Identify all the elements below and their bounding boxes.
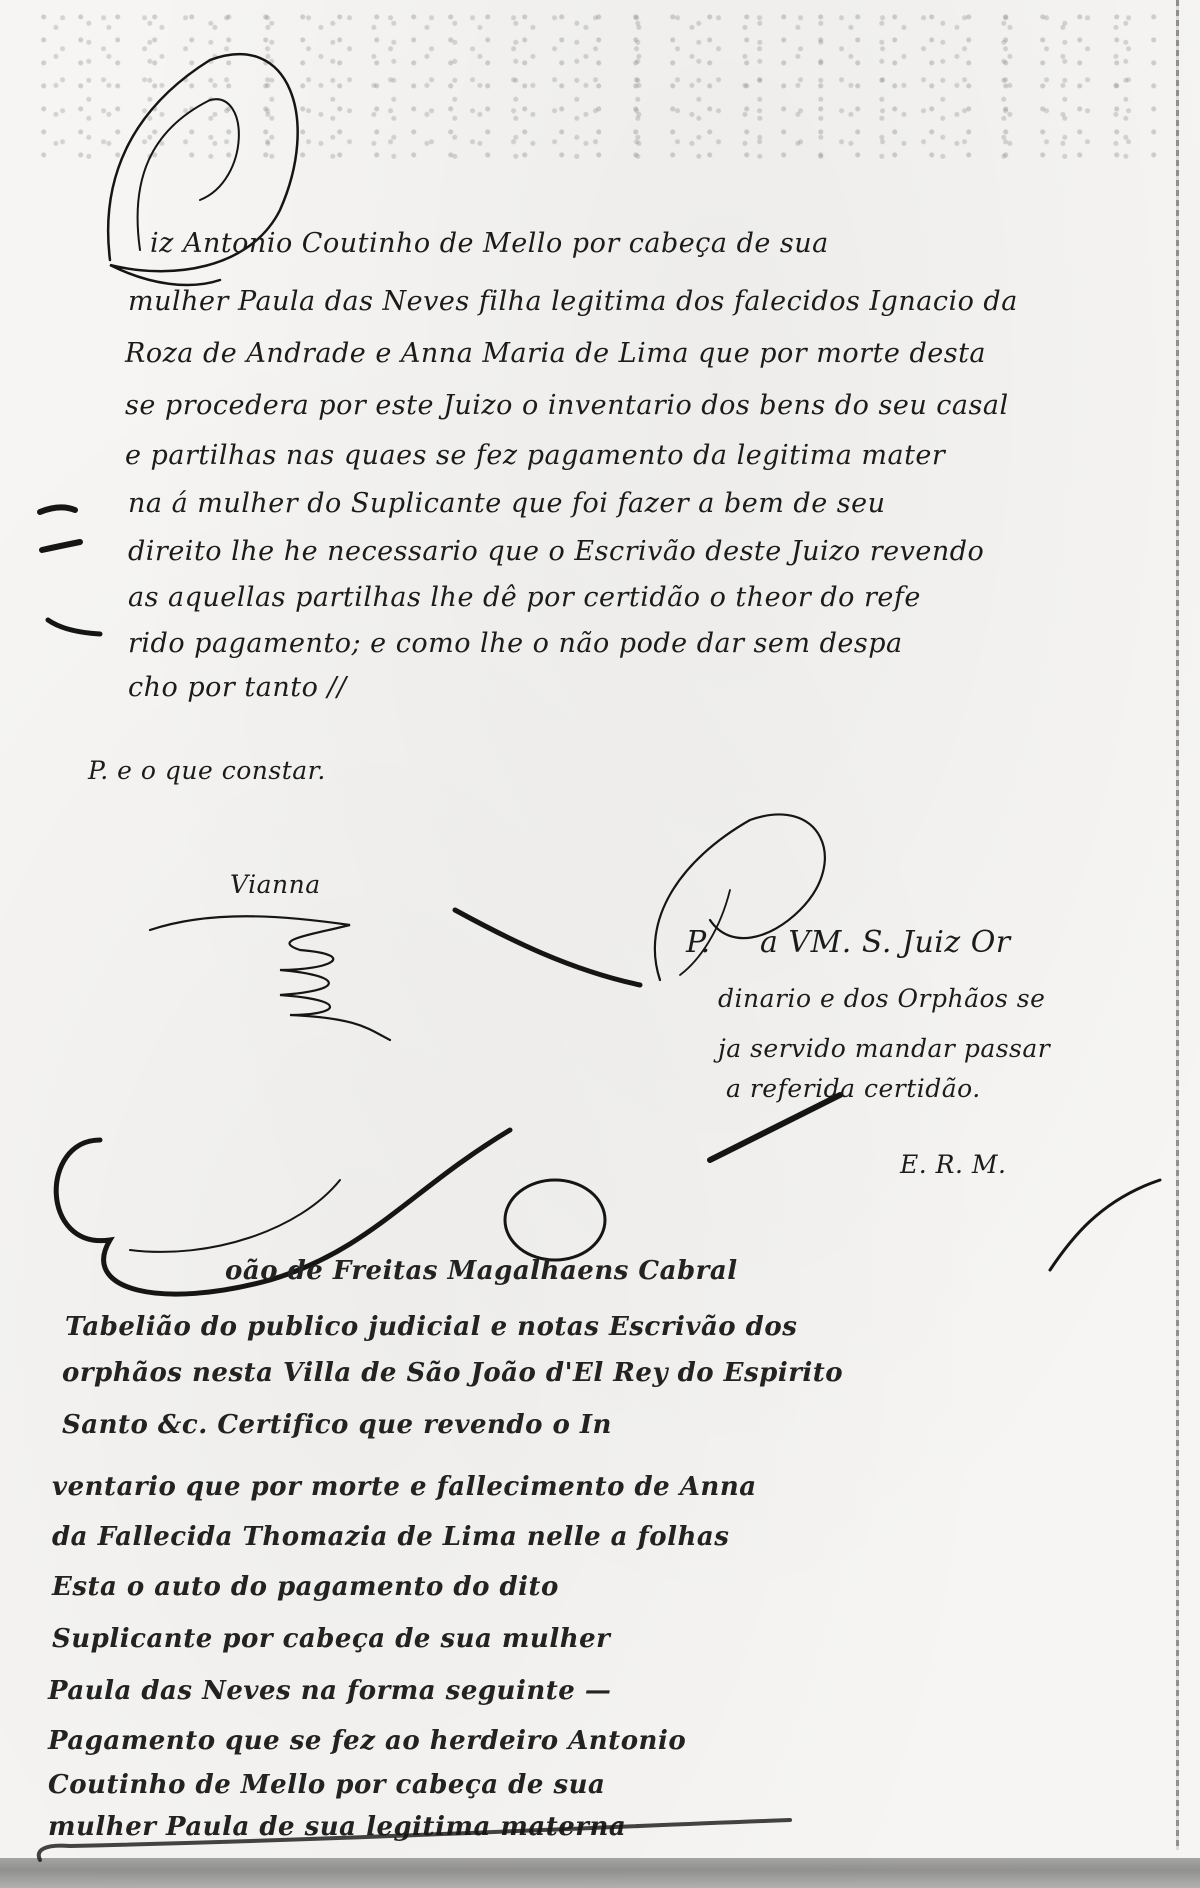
certificate-line: Paula das Neves na forma seguinte — <box>48 1676 611 1706</box>
certificate-line: orphãos nesta Villa de São João d'El Rey… <box>62 1358 843 1388</box>
petition-line: rido pagamento; e como lhe o não pode da… <box>128 628 903 659</box>
petition-line: iz Antonio Coutinho de Mello por cabeça … <box>150 228 829 259</box>
signature-flourish <box>130 900 410 1040</box>
certificate-swash-initial <box>40 1120 600 1320</box>
certificate-line: Suplicante por cabeça de sua mulher <box>52 1624 610 1654</box>
request-line: a VM. S. Juiz Or <box>760 925 1011 960</box>
request-rule <box>700 1090 850 1170</box>
petition-line: Roza de Andrade e Anna Maria de Lima que… <box>125 338 986 369</box>
petition-line: e partilhas nas quaes se fez pagamento d… <box>125 440 945 471</box>
request-line: dinario e dos Orphãos se <box>718 984 1045 1013</box>
request-swash-initial <box>620 800 860 1000</box>
petition-line: cho por tanto // <box>128 672 347 703</box>
manuscript-page: iz Antonio Coutinho de Mello por cabeça … <box>0 0 1200 1888</box>
closing-flourish <box>1040 1160 1180 1280</box>
petition-line: direito lhe he necessario que o Escrivão… <box>128 536 984 567</box>
signature-vianna: Vianna <box>230 870 321 899</box>
right-margin-fold <box>1176 0 1179 1850</box>
certificate-line: ventario que por morte e fallecimento de… <box>52 1472 757 1502</box>
petition-line: as aquellas partilhas lhe dê por certidã… <box>128 582 921 613</box>
certificate-line: da Fallecida Thomazia de Lima nelle a fo… <box>52 1522 729 1552</box>
closing-erm: E. R. M. <box>900 1150 1006 1179</box>
margin-dashes <box>30 500 110 640</box>
petition-line: se procedera por este Juizo o inventario… <box>125 390 1009 421</box>
despatch-line: P. e o que constar. <box>88 756 326 785</box>
request-line: ja servido mandar passar <box>718 1034 1050 1063</box>
certificate-line: Esta o auto do pagamento do dito <box>52 1572 559 1602</box>
certificate-line: Coutinho de Mello por cabeça de sua <box>48 1770 605 1800</box>
request-initial: P. <box>686 925 711 960</box>
petition-line: mulher Paula das Neves filha legitima do… <box>128 286 1018 317</box>
end-bracket-stroke <box>30 1800 810 1870</box>
certificate-line: Tabelião do publico judicial e notas Esc… <box>65 1312 797 1342</box>
certificate-line: oão de Freitas Magalhaens Cabral <box>225 1256 738 1286</box>
certificate-line: Pagamento que se fez ao herdeiro Antonio <box>48 1726 686 1756</box>
certificate-line: Santo &c. Certifico que revendo o In <box>62 1410 612 1440</box>
petition-line: na á mulher do Suplicante que foi fazer … <box>128 488 886 519</box>
